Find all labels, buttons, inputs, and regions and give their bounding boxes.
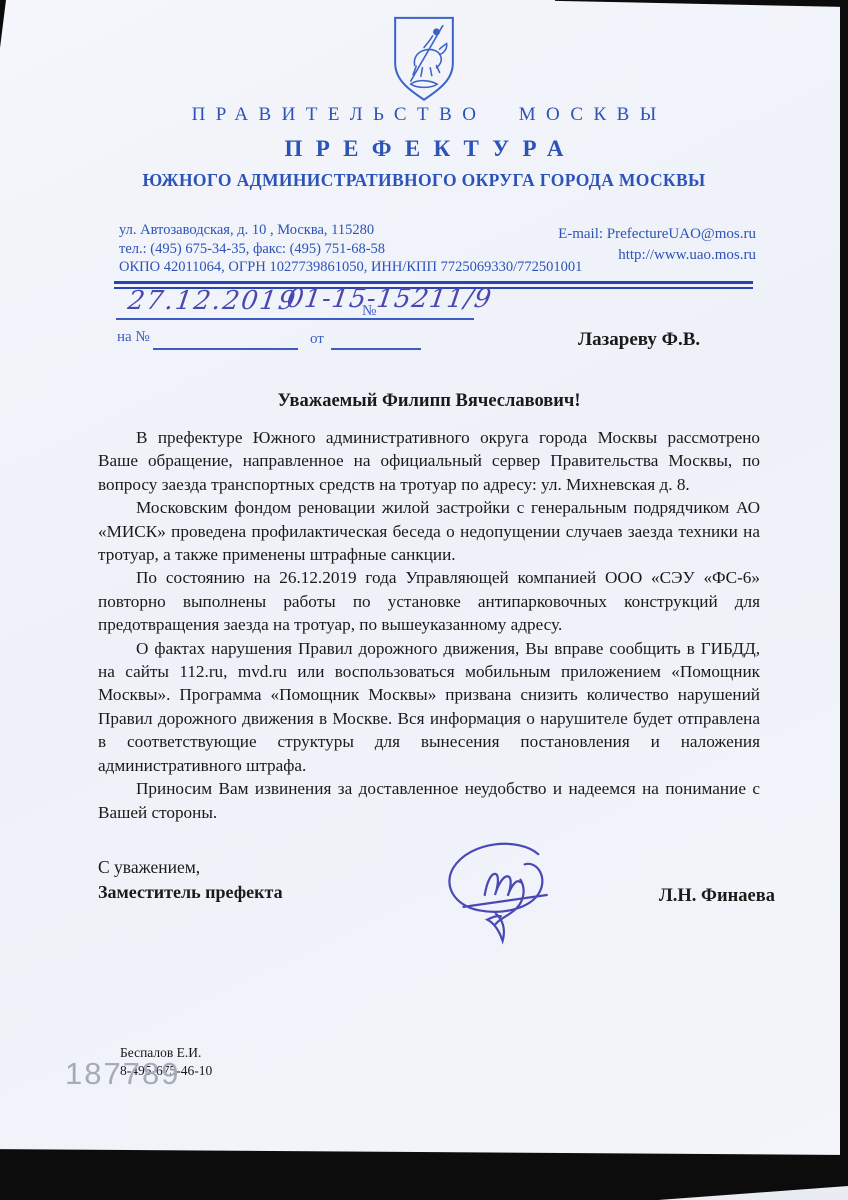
- prefecture-name: ПРЕФЕКТУРА: [0, 136, 848, 162]
- contact-block: ул. Автозаводская, д. 10 , Москва, 11528…: [119, 221, 582, 277]
- from-underline: [331, 347, 421, 350]
- email-address: E-mail: PrefectureUAO@mos.ru: [558, 224, 756, 245]
- handwritten-number: 01-15-15211/9: [285, 284, 494, 314]
- signer-position: Заместитель префекта: [98, 882, 283, 903]
- paragraph: Московским фондом реновации жилой застро…: [98, 496, 760, 566]
- government-name: ПРАВИТЕЛЬСТВО МОСКВЫ: [0, 104, 848, 126]
- signer-name: Л.Н. Финаева: [659, 886, 775, 907]
- district-name: ЮЖНОГО АДМИНИСТРАТИВНОГО ОКРУГА ГОРОДА М…: [0, 170, 848, 191]
- phone-fax: тел.: (495) 675-34-35, факс: (495) 751-6…: [119, 240, 582, 259]
- scanned-letter-page: ПРАВИТЕЛЬСТВО МОСКВЫ ПРЕФЕКТУРА ЮЖНОГО А…: [0, 0, 848, 1200]
- moscow-coat-of-arms-icon: [385, 14, 463, 106]
- reply-to-underline: [153, 347, 298, 350]
- paragraph: По состоянию на 26.12.2019 года Управляю…: [98, 566, 760, 636]
- paragraph: О фактах нарушения Правил дорожного движ…: [98, 637, 760, 777]
- website-url: http://www.uao.mos.ru: [558, 245, 756, 266]
- salutation: Уважаемый Филипп Вячеславович!: [98, 391, 760, 412]
- postal-address: ул. Автозаводская, д. 10 , Москва, 11528…: [119, 221, 582, 240]
- registration-stamp-number: 187789: [65, 1056, 180, 1092]
- closing-phrase: С уважением,: [98, 857, 200, 878]
- scan-edge-top-left: [0, 0, 6, 48]
- from-label: от: [310, 331, 324, 348]
- scan-edge-top: [555, 0, 848, 7]
- scan-edge-bottom: [0, 1147, 848, 1200]
- letter-body: В префектуре Южного административного ок…: [98, 426, 760, 824]
- paragraph: Приносим Вам извинения за доставленное н…: [98, 777, 760, 824]
- handwritten-date: 27.12.2019: [126, 286, 299, 316]
- handwritten-signature-icon: [438, 835, 574, 955]
- number-underline: [282, 317, 474, 320]
- registration-codes: ОКПО 42011064, ОГРН 1027739861050, ИНН/К…: [119, 258, 582, 277]
- web-contact-block: E-mail: PrefectureUAO@mos.ru http://www.…: [558, 224, 756, 266]
- paragraph: В префектуре Южного административного ок…: [98, 426, 760, 496]
- addressee-name: Лазареву Ф.В.: [578, 329, 700, 351]
- reply-to-label: на №: [117, 329, 150, 346]
